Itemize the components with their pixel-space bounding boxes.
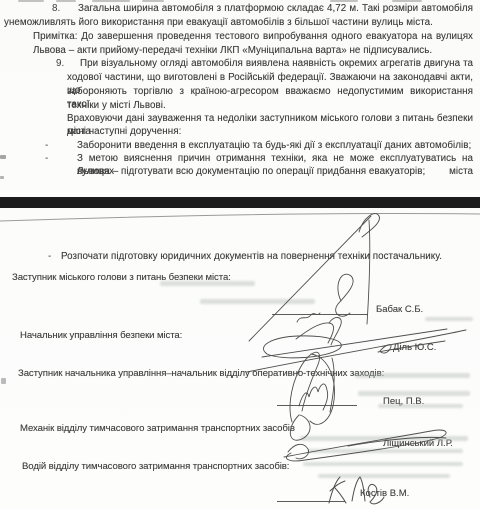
- signature-line-kostiv: [277, 501, 345, 502]
- scan-artifact: [392, 0, 422, 2]
- signature-line-babak: [272, 314, 368, 315]
- signatory-title-security-chief: Начальник управління безпеки міста:: [20, 330, 182, 341]
- signatory-name-babak: Бабак С.Б.: [376, 304, 423, 315]
- paragraph-9-line-1: При візуальному огляді автомобіля виявле…: [80, 58, 473, 71]
- signatory-title-deputy-chief: Заступник начальника управління–начальни…: [18, 368, 384, 379]
- signatory-title-mechanic: Механік відділу тимчасового затримання т…: [20, 423, 295, 434]
- scan-artifact: [330, 0, 358, 2]
- paragraph-9-line-4: техніки у місті Львові.: [67, 100, 166, 113]
- signature-pets: [290, 352, 334, 440]
- paragraph-8-line-1: Загальна ширина автомобіля з платформою …: [78, 3, 473, 16]
- order-3-bullet: -: [48, 251, 51, 262]
- paragraph-9-number: 9.: [56, 58, 64, 69]
- order-3-text: Розпочати підготовку юридичних документі…: [61, 251, 442, 264]
- order-1-bullet: -: [45, 140, 48, 151]
- order-1-text: Заборонити введення в експлуатацію та бу…: [77, 140, 471, 153]
- scanned-document-page: 8. Загальна ширина автомобіля з платформ…: [0, 0, 480, 509]
- paragraph-8-number: 8.: [52, 3, 60, 14]
- bleedthrough-text: [378, 404, 463, 408]
- order-2-bullet: -: [45, 153, 48, 164]
- signature-line-pets: [277, 405, 357, 406]
- bleedthrough-text: [355, 373, 470, 378]
- bleedthrough-text: [303, 462, 463, 466]
- bleedthrough-text: [300, 436, 468, 441]
- bleedthrough-text: [425, 317, 473, 321]
- scan-artifact: [0, 155, 6, 159]
- order-2-line-2: Львова – підготувати всю документацію по…: [77, 166, 425, 179]
- scan-artifact: [56, 0, 76, 2]
- signatory-title-driver: Водій відділу тимчасового затримання тра…: [22, 461, 289, 472]
- note-line-1: Примітка: До завершення проведення тесто…: [33, 31, 473, 44]
- scan-artifact: [18, 0, 44, 2]
- paragraph-8-line-2: унеможливлять його використання при евак…: [4, 17, 433, 30]
- bleedthrough-text: [200, 299, 315, 304]
- signatory-name-kostiv: Костів В.М.: [360, 488, 409, 499]
- page-separator-band: [0, 197, 480, 208]
- bleedthrough-text: [358, 391, 470, 396]
- scan-artifact: [142, 0, 164, 2]
- note-line-2: Львова – акти прийому-передачі техніки Л…: [33, 45, 432, 58]
- page-edge-curve: [0, 213, 480, 221]
- summary-line-2: дані наступні доручення:: [67, 126, 181, 139]
- bleedthrough-text: [160, 281, 255, 286]
- scan-artifact: [0, 176, 4, 179]
- scan-artifact: [1, 378, 6, 384]
- bleedthrough-text: [308, 449, 463, 453]
- signature-babak: [249, 214, 380, 341]
- scan-artifact: [92, 0, 130, 2]
- signatory-name-dil: Діль Ю.С.: [393, 342, 436, 353]
- bleedthrough-text: [318, 474, 450, 478]
